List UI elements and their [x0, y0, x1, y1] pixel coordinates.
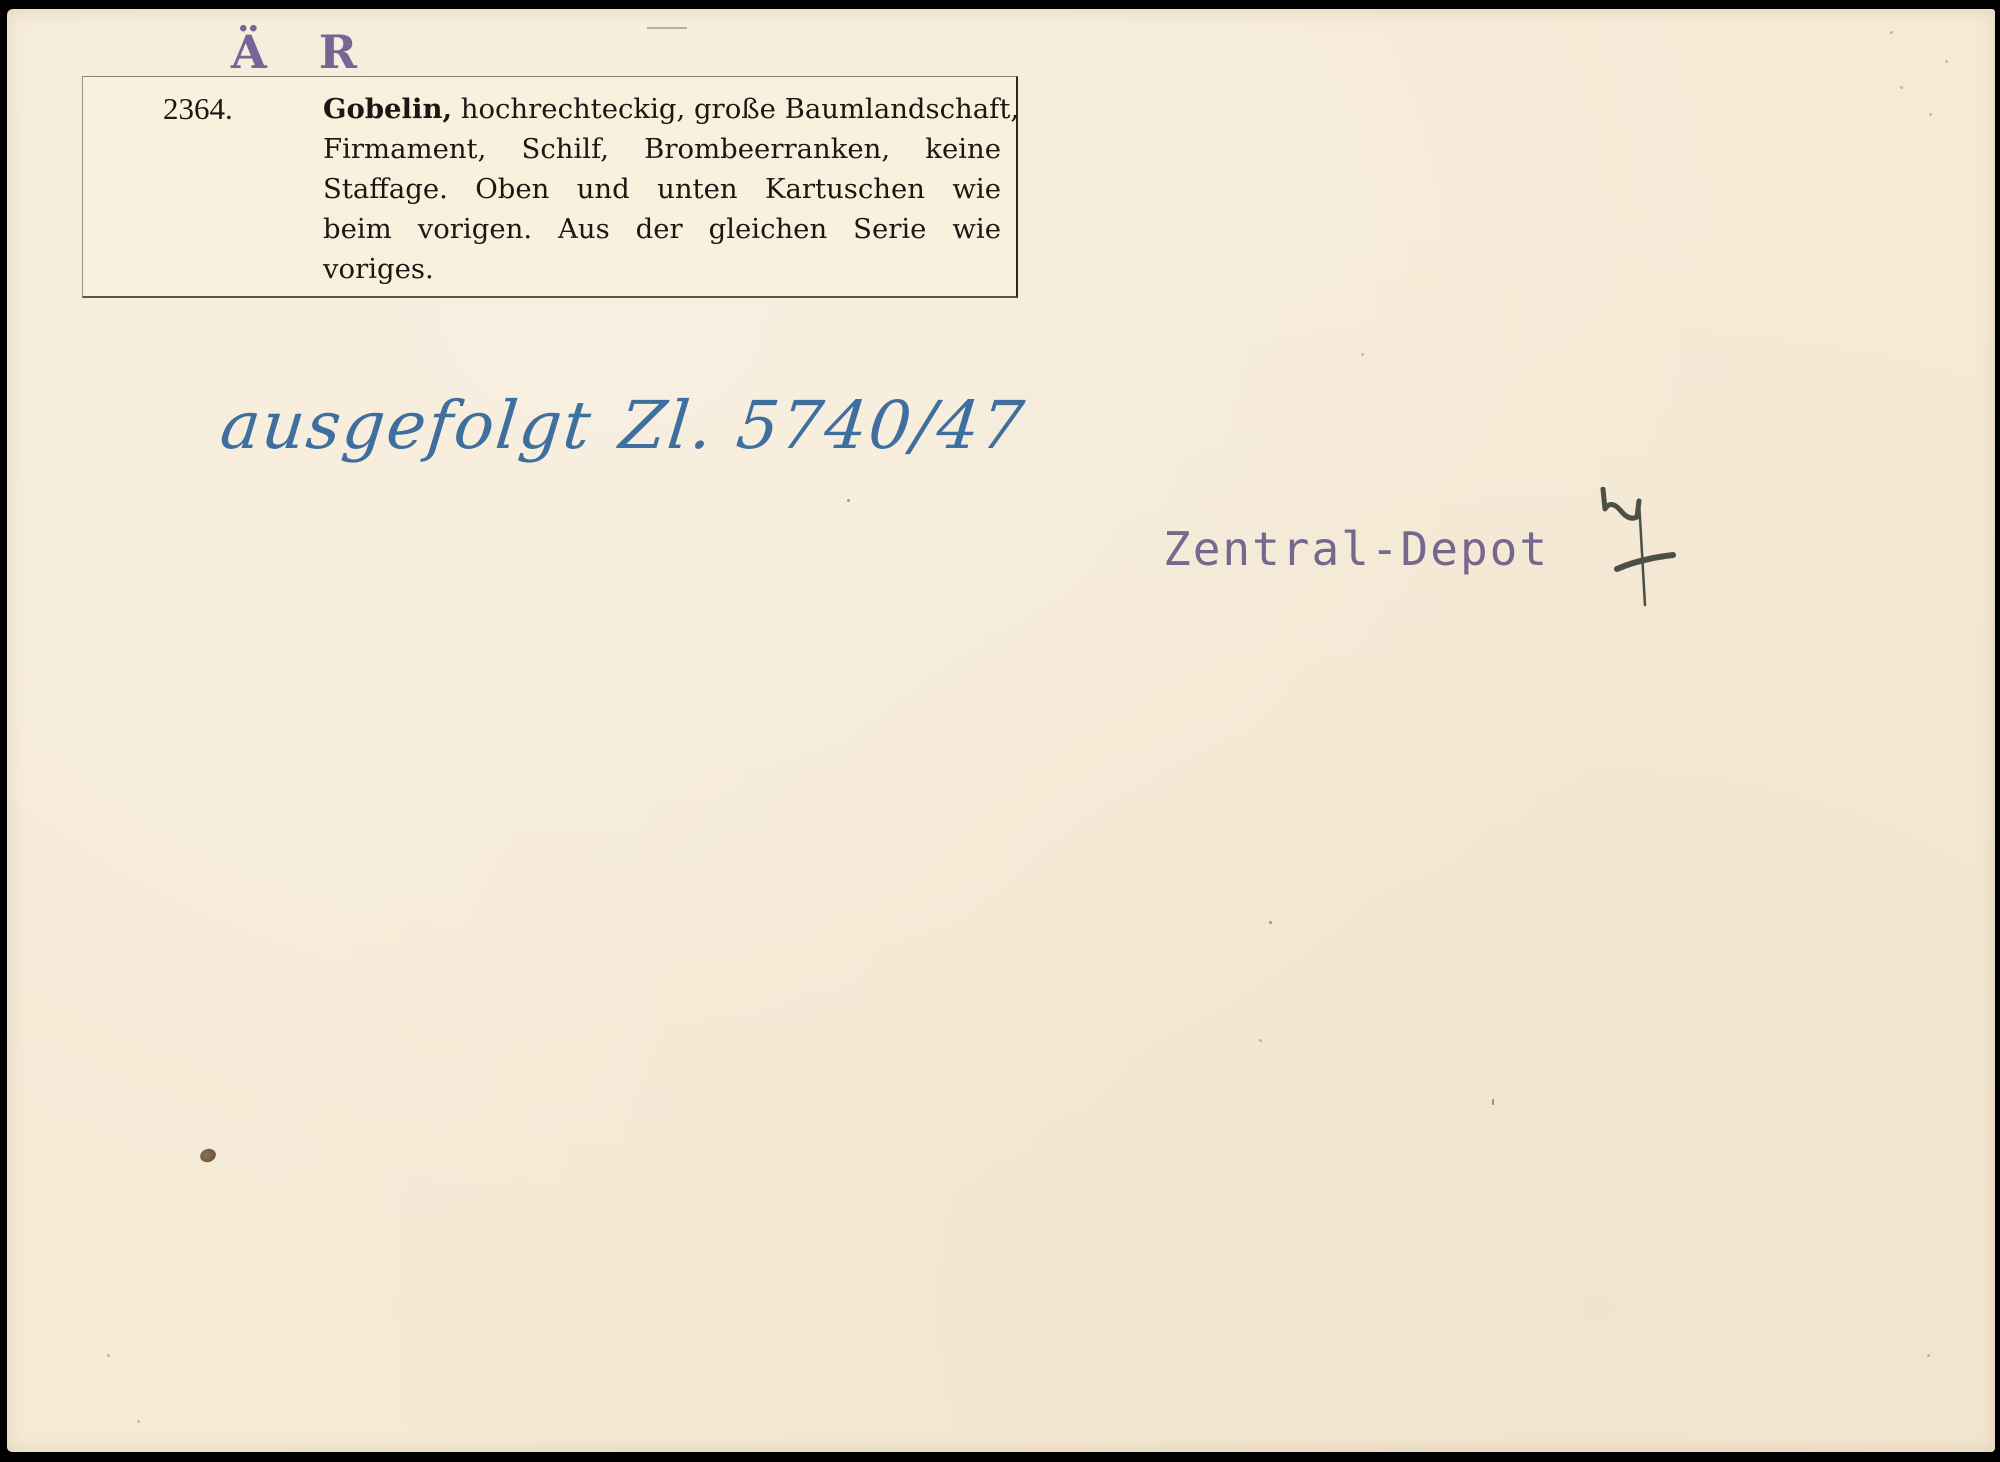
paper-speck: [1259, 1039, 1262, 1042]
initials-stamp: Ä R: [231, 25, 375, 79]
paper-speck: [1900, 86, 1903, 89]
catalog-headword: Gobelin,: [323, 93, 452, 125]
paper-speck: [1927, 1354, 1930, 1357]
handwritten-note: ausgefolgtZl. 5740/47: [217, 387, 1029, 464]
catalog-line: Staffage. Oben und unten Kartuschen wie: [153, 169, 1001, 209]
catalog-clipping: 2364. Gobelin, hochrechteckig, große Bau…: [82, 76, 1018, 298]
ink-dot: [198, 1147, 217, 1165]
index-card: Ä R 2364. Gobelin, hochrechteckig, große…: [7, 9, 1995, 1452]
paper-speck: [137, 1420, 140, 1423]
catalog-entry-text: Gobelin, hochrechteckig, große Baumlands…: [153, 89, 1001, 289]
paper-speck: [1929, 113, 1932, 116]
catalog-line-text: hochrechteckig, große Baumlandschaft,: [461, 93, 1019, 125]
paper-speck: [1361, 353, 1364, 356]
paper-speck: [1945, 60, 1948, 63]
paper-mark: [1269, 921, 1272, 924]
paper-speck: [1890, 31, 1893, 34]
depot-stamp: Zentral-Depot: [1163, 522, 1549, 576]
handwritten-seven: [1599, 487, 1679, 607]
paper-mark: [1492, 1099, 1494, 1105]
paper-mark: [847, 499, 850, 502]
paper-mark: [647, 27, 687, 29]
handwritten-reference: Zl. 5740/47: [616, 387, 1029, 464]
catalog-line: beim vorigen. Aus der gleichen Serie wie: [153, 209, 1001, 249]
catalog-line: Gobelin, hochrechteckig, große Baumlands…: [153, 89, 1001, 129]
paper-speck: [107, 1354, 110, 1357]
catalog-line: voriges.: [153, 249, 1001, 289]
handwritten-word: ausgefolgt: [217, 387, 596, 464]
catalog-line: Firmament, Schilf, Brombeerranken, keine: [153, 129, 1001, 169]
